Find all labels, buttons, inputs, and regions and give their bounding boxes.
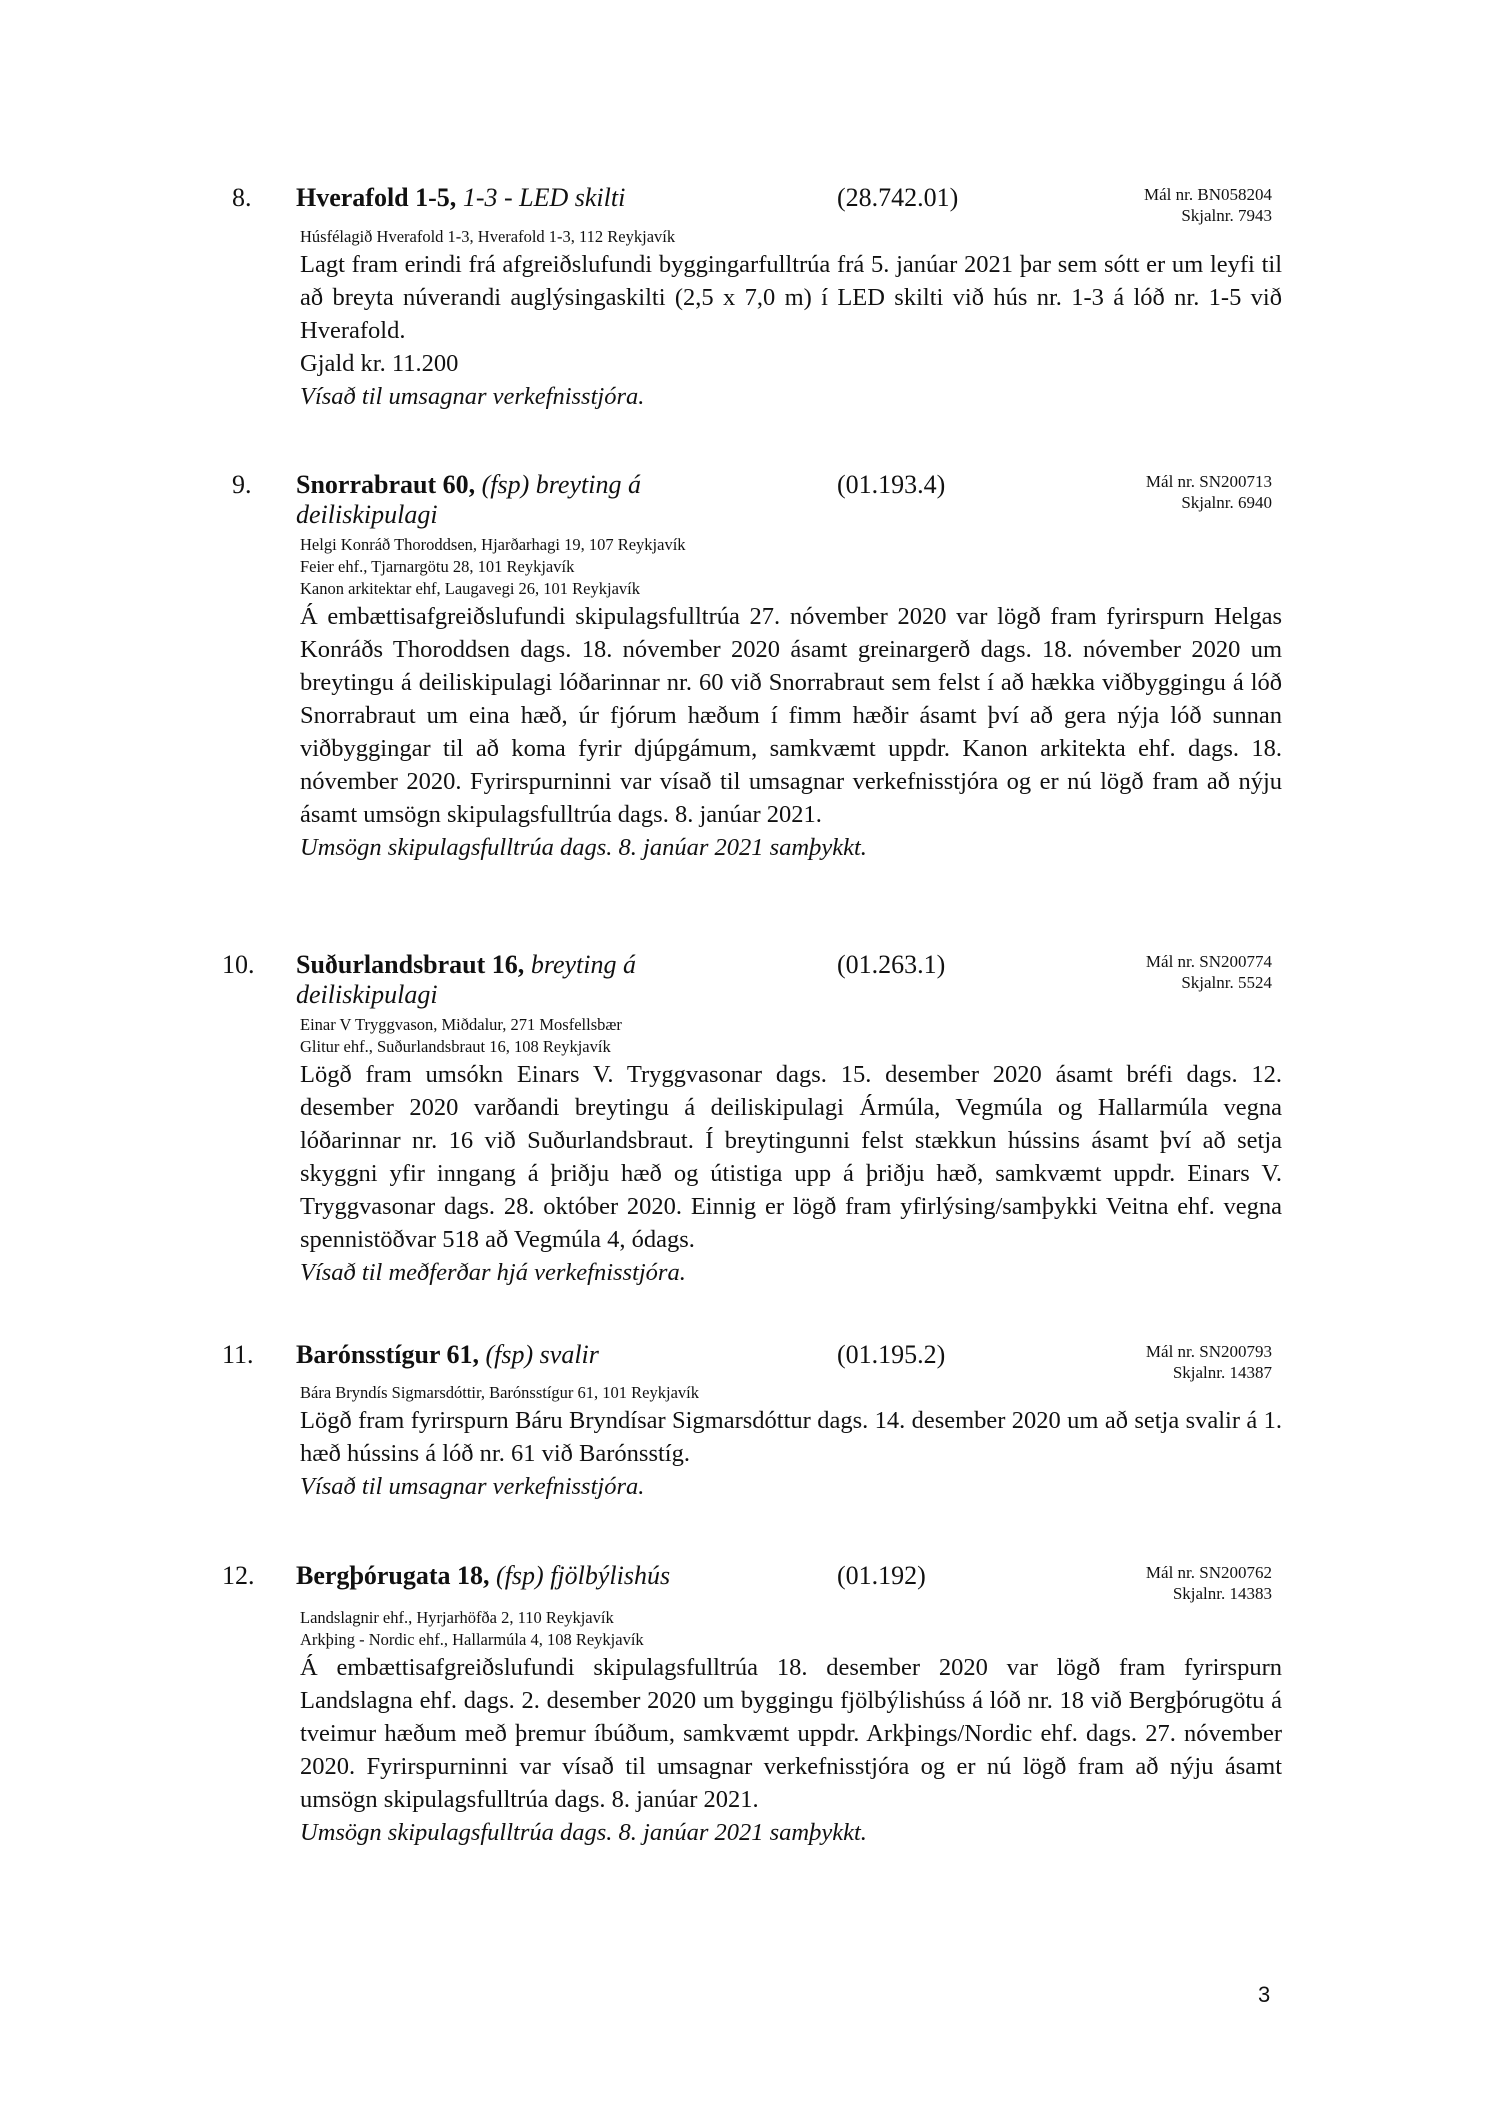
case-number: Mál nr. BN058204 [1144,184,1272,205]
item-conclusion: Vísað til meðferðar hjá verkefnisstjóra. [300,1256,1282,1289]
applicant-list: Bára Bryndís Sigmarsdóttir, Barónsstígur… [300,1382,1282,1404]
applicant: Bára Bryndís Sigmarsdóttir, Barónsstígur… [300,1382,1282,1404]
item-description: Lagt fram erindi frá afgreiðslufundi byg… [300,248,1282,347]
applicant: Einar V Tryggvason, Miðdalur, 271 Mosfel… [300,1014,1282,1036]
item-body: Bára Bryndís Sigmarsdóttir, Barónsstígur… [300,1382,1282,1503]
item-description: Lögð fram fyrirspurn Báru Bryndísar Sigm… [300,1404,1282,1470]
case-references: Mál nr. SN200713 Skjalnr. 6940 [1146,471,1272,513]
parcel-number: (01.192) [837,1561,926,1591]
item-body: Einar V Tryggvason, Miðdalur, 271 Mosfel… [300,1014,1282,1289]
item-fee: Gjald kr. 11.200 [300,347,1282,380]
applicant: Glitur ehf., Suðurlandsbraut 16, 108 Rey… [300,1036,1282,1058]
item-conclusion: Vísað til umsagnar verkefnisstjóra. [300,1470,1282,1503]
item-number: 9. [232,470,292,500]
item-title: Barónsstígur 61, (fsp) svalir [296,1340,816,1370]
parcel-number: (28.742.01) [837,183,958,213]
applicant: Helgi Konráð Thoroddsen, Hjarðarhagi 19,… [300,534,1282,556]
document-number: Skjalnr. 7943 [1144,205,1272,226]
item-subject: (fsp) fjölbýlishús [490,1561,671,1590]
item-description: Á embættisafgreiðslufundi skipulagsfullt… [300,1651,1282,1816]
applicant-list: Helgi Konráð Thoroddsen, Hjarðarhagi 19,… [300,534,1282,600]
item-address: Hverafold 1-5, [296,183,456,212]
item-description: Á embættisafgreiðslufundi skipulagsfullt… [300,600,1282,831]
case-number: Mál nr. SN200762 [1146,1562,1272,1583]
applicant: Landslagnir ehf., Hyrjarhöfða 2, 110 Rey… [300,1607,1282,1629]
case-references: Mál nr. BN058204 Skjalnr. 7943 [1144,184,1272,226]
applicant-list: Landslagnir ehf., Hyrjarhöfða 2, 110 Rey… [300,1607,1282,1651]
applicant: Húsfélagið Hverafold 1-3, Hverafold 1-3,… [300,226,1282,248]
item-subject: (fsp) svalir [479,1340,599,1369]
case-number: Mál nr. SN200793 [1146,1341,1272,1362]
item-number: 11. [222,1340,282,1370]
applicant: Kanon arkitektar ehf, Laugavegi 26, 101 … [300,578,1282,600]
item-title: Snorrabraut 60, (fsp) breyting á deilisk… [296,470,696,530]
item-body: Helgi Konráð Thoroddsen, Hjarðarhagi 19,… [300,534,1282,864]
item-conclusion: Umsögn skipulagsfulltrúa dags. 8. janúar… [300,831,1282,864]
document-number: Skjalnr. 14387 [1146,1362,1272,1383]
item-title: Bergþórugata 18, (fsp) fjölbýlishús [296,1561,816,1591]
item-description: Lögð fram umsókn Einars V. Tryggvasonar … [300,1058,1282,1256]
applicant: Feier ehf., Tjarnargötu 28, 101 Reykjaví… [300,556,1282,578]
item-number: 10. [222,950,282,980]
document-number: Skjalnr. 6940 [1146,492,1272,513]
item-conclusion: Vísað til umsagnar verkefnisstjóra. [300,380,1282,413]
page-number: 3 [1258,1982,1270,2008]
parcel-number: (01.193.4) [837,470,945,500]
item-title: Hverafold 1-5, 1-3 - LED skilti [296,183,816,213]
applicant-list: Húsfélagið Hverafold 1-3, Hverafold 1-3,… [300,226,1282,248]
item-address: Suðurlandsbraut 16, [296,950,524,979]
item-address: Snorrabraut 60, [296,470,475,499]
applicant: Arkþing - Nordic ehf., Hallarmúla 4, 108… [300,1629,1282,1651]
item-number: 8. [232,183,292,213]
document-number: Skjalnr. 14383 [1146,1583,1272,1604]
parcel-number: (01.263.1) [837,950,945,980]
document-number: Skjalnr. 5524 [1146,972,1272,993]
case-references: Mál nr. SN200774 Skjalnr. 5524 [1146,951,1272,993]
case-references: Mál nr. SN200793 Skjalnr. 14387 [1146,1341,1272,1383]
item-conclusion: Umsögn skipulagsfulltrúa dags. 8. janúar… [300,1816,1282,1849]
parcel-number: (01.195.2) [837,1340,945,1370]
item-body: Húsfélagið Hverafold 1-3, Hverafold 1-3,… [300,226,1282,413]
item-address: Barónsstígur 61, [296,1340,479,1369]
case-number: Mál nr. SN200713 [1146,471,1272,492]
item-body: Landslagnir ehf., Hyrjarhöfða 2, 110 Rey… [300,1607,1282,1849]
applicant-list: Einar V Tryggvason, Miðdalur, 271 Mosfel… [300,1014,1282,1058]
item-address: Bergþórugata 18, [296,1561,490,1590]
case-references: Mál nr. SN200762 Skjalnr. 14383 [1146,1562,1272,1604]
item-number: 12. [222,1561,282,1591]
case-number: Mál nr. SN200774 [1146,951,1272,972]
item-subject: 1-3 - LED skilti [456,183,625,212]
item-title: Suðurlandsbraut 16, breyting á deiliskip… [296,950,726,1010]
